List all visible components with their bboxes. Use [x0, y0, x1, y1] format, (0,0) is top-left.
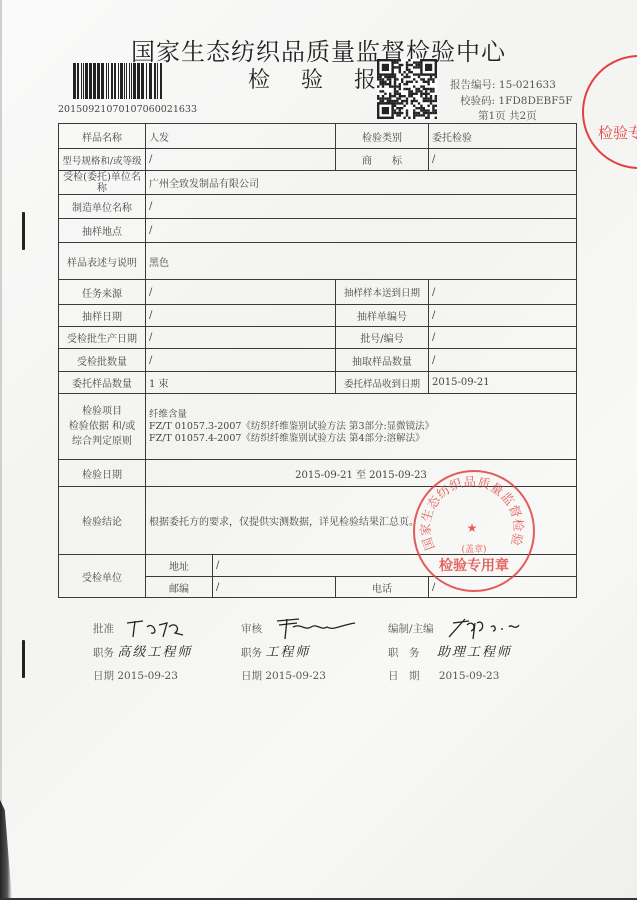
- reviewer-title-row: 职务 工程师: [241, 641, 310, 660]
- inspection-items-label: 检验项目 检验依据 和/或 综合判定原则: [59, 394, 146, 460]
- batch-quantity-label: 受检批数量: [59, 349, 146, 372]
- batch-production-date-label: 受检批生产日期: [59, 327, 146, 349]
- entrusted-received-date-value: 2015-09-21: [429, 372, 577, 394]
- svg-text:★: ★: [467, 521, 478, 535]
- editor-title-row: 职 务 助理工程师: [388, 641, 512, 660]
- sample-description-label: 样品表述与说明: [59, 243, 146, 280]
- label-line: 综合判定原则: [62, 434, 142, 449]
- table-row: 型号规格和/或等级 / 商 标 /: [59, 149, 577, 171]
- approver-date-row: 日期 2015-09-23: [93, 668, 178, 683]
- sampling-date-label: 抽样日期: [59, 305, 146, 327]
- model-spec-label: 型号规格和/或等级: [59, 149, 146, 171]
- model-spec-value: /: [146, 149, 336, 171]
- top-right-seal: 检验专: [582, 55, 637, 169]
- inspection-type-value: 委托检验: [429, 124, 577, 149]
- client-unit-label: 受检(委托)单位名称: [59, 171, 146, 195]
- trademark-label: 商 标: [336, 149, 429, 171]
- table-row: 抽样日期 / 抽样单编号 /: [59, 305, 577, 327]
- label-line: 检验项目: [62, 404, 142, 419]
- batch-production-date-value: /: [146, 327, 336, 349]
- approver-date: 2015-09-23: [117, 670, 178, 682]
- reviewer-row: 审核: [241, 617, 361, 641]
- reviewer-title: 工程师: [265, 645, 310, 660]
- table-row: 检验项目 检验依据 和/或 综合判定原则 纤维含量 FZ/T 01057.3-2…: [59, 394, 577, 460]
- conclusion-text: 根据委托方的要求，仅提供实测数据，详见检验结果汇总页。: [149, 517, 419, 528]
- title-label: 职 务: [388, 647, 420, 659]
- trademark-value: /: [429, 149, 577, 171]
- barcode: [73, 63, 165, 99]
- binding-mark: [22, 212, 25, 250]
- table-row: 制造单位名称 /: [59, 195, 577, 219]
- table-row: 受检(委托)单位名称 广州全致发制品有限公司: [59, 171, 577, 195]
- qr-code: [377, 59, 437, 119]
- sampling-place-label: 抽样地点: [59, 219, 146, 243]
- sample-name-value: 人发: [146, 124, 336, 149]
- sample-delivery-date-value: /: [429, 280, 577, 305]
- approver-label: 批准: [93, 623, 114, 635]
- report-number-label: 报告编号:: [450, 79, 496, 91]
- manufacturer-value: /: [146, 195, 577, 219]
- editor-date: 2015-09-23: [439, 670, 500, 682]
- table-row: 抽样地点 /: [59, 219, 577, 243]
- entrusted-received-date-label: 委托样品收到日期: [336, 372, 429, 394]
- approver-title-row: 职务 高级工程师: [93, 641, 192, 660]
- check-code-value: 1FD8DEBF5F: [498, 95, 572, 107]
- page-edge: [0, 0, 2, 900]
- date-label: 日 期: [388, 670, 420, 682]
- sample-delivery-date-label: 抽样样本送到日期: [336, 280, 429, 305]
- document-page: 国家生态纺织品质量监督检验中心 检 验 报 告 2015092107010706…: [0, 0, 637, 900]
- sample-quantity-drawn-label: 抽取样品数量: [336, 349, 429, 372]
- check-code: 校验码: 1FD8DEBF5F: [460, 93, 573, 108]
- inspection-item-line: FZ/T 01057.4-2007《纺织纤维鉴别试验方法 第4部分:溶解法》: [149, 433, 573, 445]
- organization-title: 国家生态纺织品质量监督检验中心: [0, 32, 637, 67]
- label-line: 检验依据 和/或: [62, 419, 142, 434]
- seal-text: 检验专: [598, 122, 637, 143]
- approver-signature: [123, 617, 193, 641]
- editor-row: 编制/主编: [388, 617, 527, 641]
- manufacturer-label: 制造单位名称: [59, 195, 146, 219]
- sampling-date-value: /: [146, 305, 336, 327]
- sampling-form-no-label: 抽样单编号: [336, 305, 429, 327]
- check-code-label: 校验码:: [460, 95, 495, 107]
- entrusted-quantity-value: 1 束: [146, 372, 336, 394]
- inspection-date-label: 检验日期: [59, 460, 146, 487]
- task-source-label: 任务来源: [59, 280, 146, 305]
- title-label: 职务: [241, 647, 262, 659]
- reviewer-date-row: 日期 2015-09-23: [241, 668, 326, 683]
- editor-title: 助理工程师: [437, 645, 512, 660]
- inspection-type-label: 检验类别: [336, 124, 429, 149]
- date-label: 日期: [93, 670, 114, 682]
- reviewer-label: 审核: [241, 623, 262, 635]
- page-info: 第1页 共2页: [478, 108, 537, 123]
- editor-label: 编制/主编: [388, 623, 434, 635]
- title-label: 职务: [93, 647, 114, 659]
- approver-row: 批准: [93, 617, 193, 641]
- sample-quantity-drawn-value: /: [429, 349, 577, 372]
- reviewer-date: 2015-09-23: [265, 670, 326, 682]
- sample-description-value: 黑色: [146, 243, 577, 280]
- page-corner-fold: [0, 800, 12, 900]
- table-row: 样品名称 人发 检验类别 委托检验: [59, 124, 577, 149]
- seal-bottom-text: 检验专用章: [415, 555, 533, 575]
- svg-text:国家生态纺织品质量监督检验中心: 国家生态纺织品质量监督检验中心: [413, 470, 526, 552]
- table-row: 委托样品数量 1 束 委托样品收到日期 2015-09-21: [59, 372, 577, 394]
- inspected-unit-label: 受检单位: [59, 555, 146, 598]
- inspection-item-line: 纤维含量: [149, 409, 573, 421]
- conclusion-label: 检验结论: [59, 487, 146, 555]
- seal-note: (盖章): [415, 542, 533, 555]
- reviewer-signature: [271, 617, 361, 641]
- editor-date-row: 日 期 2015-09-23: [388, 668, 499, 683]
- entrusted-quantity-label: 委托样品数量: [59, 372, 146, 394]
- inspection-item-line: FZ/T 01057.3-2007《纺织纤维鉴别试验方法 第3部分:显微镜法》: [149, 421, 573, 433]
- task-source-value: /: [146, 280, 336, 305]
- sampling-form-no-value: /: [429, 305, 577, 327]
- inspection-seal: 国家生态纺织品质量监督检验中心 ★ (盖章) 检验专用章: [413, 470, 535, 592]
- postcode-value: /: [213, 577, 336, 598]
- barcode-number: 20150921070107060021633: [58, 104, 197, 115]
- date-label: 日期: [241, 670, 262, 682]
- address-label: 地址: [146, 555, 213, 577]
- sampling-place-value: /: [146, 219, 577, 243]
- postcode-label: 邮编: [146, 577, 213, 598]
- batch-no-value: /: [429, 327, 577, 349]
- client-unit-value: 广州全致发制品有限公司: [146, 171, 577, 195]
- table-row: 样品表述与说明 黑色: [59, 243, 577, 280]
- table-row: 任务来源 / 抽样样本送到日期 /: [59, 280, 577, 305]
- table-row: 受检批生产日期 / 批号/编号 /: [59, 327, 577, 349]
- inspection-items-value: 纤维含量 FZ/T 01057.3-2007《纺织纤维鉴别试验方法 第3部分:显…: [146, 394, 577, 460]
- binding-mark: [22, 640, 25, 678]
- table-row: 受检批数量 / 抽取样品数量 /: [59, 349, 577, 372]
- approver-title: 高级工程师: [117, 645, 192, 660]
- batch-quantity-value: /: [146, 349, 336, 372]
- sample-name-label: 样品名称: [59, 124, 146, 149]
- editor-signature: [447, 617, 527, 641]
- batch-no-label: 批号/编号: [336, 327, 429, 349]
- report-number: 报告编号: 15-021633: [450, 77, 556, 92]
- report-number-value: 15-021633: [499, 79, 556, 91]
